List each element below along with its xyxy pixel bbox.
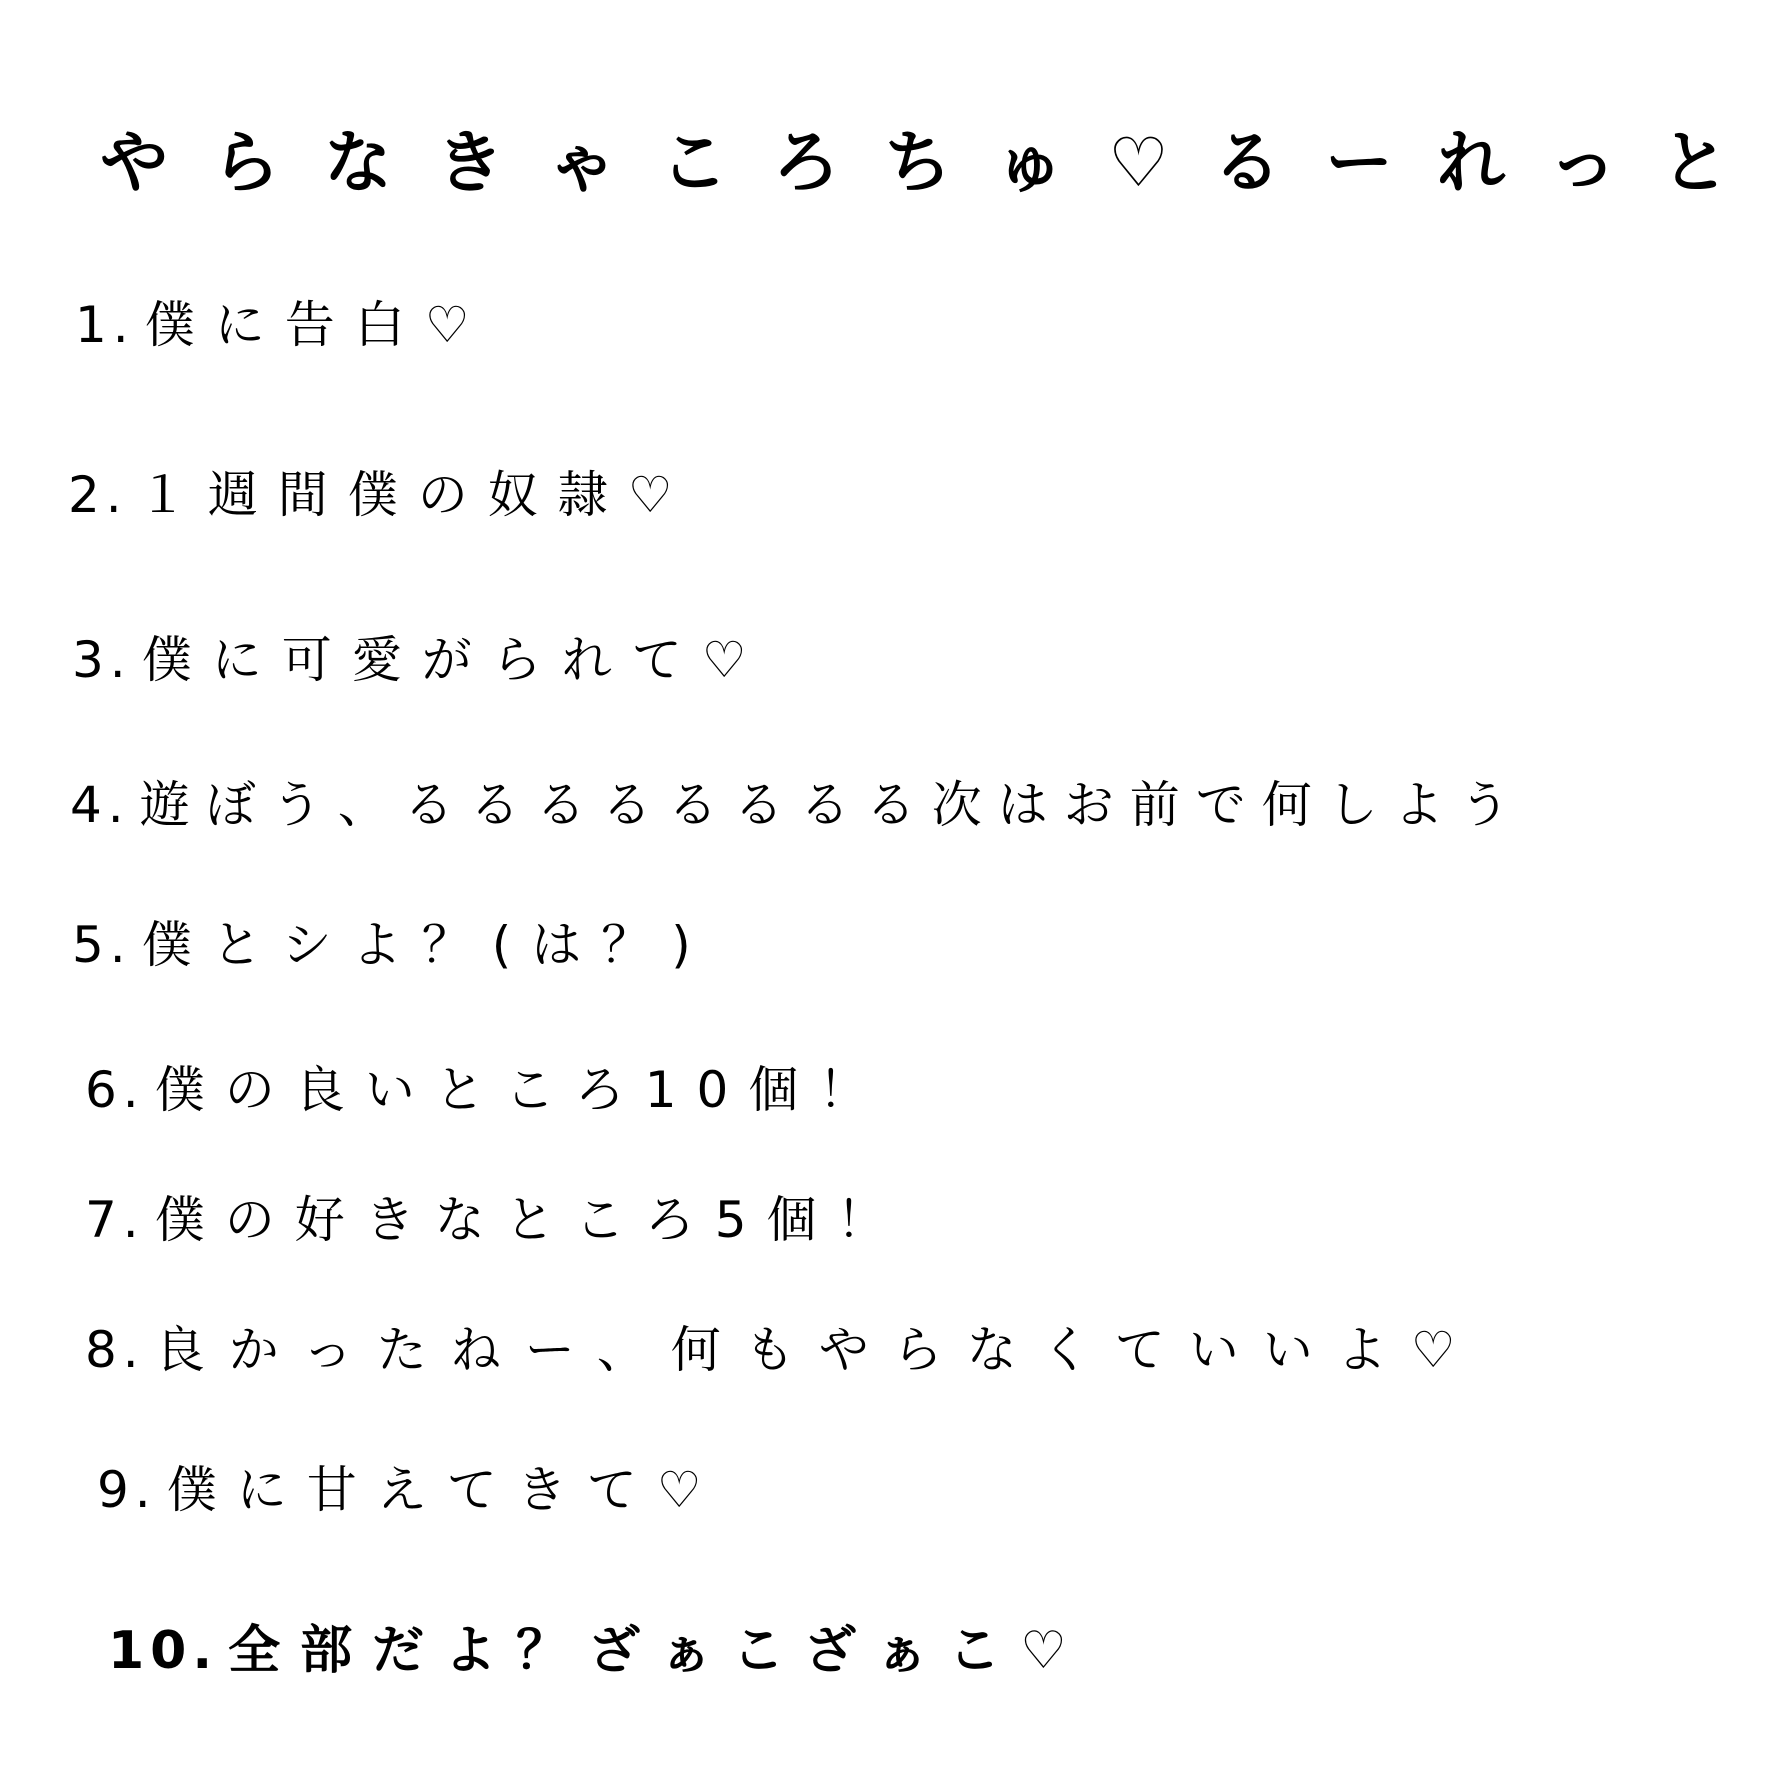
item-number: 1.	[75, 296, 135, 354]
item-text: 僕に可愛がられて♡	[142, 631, 767, 689]
item-text: 僕に告白♡	[145, 296, 490, 354]
item-number: 9.	[97, 1461, 157, 1519]
item-number: 7.	[85, 1191, 145, 1249]
item-number: 5.	[72, 916, 132, 974]
list-item-9: 9.僕に甘えてきて♡	[97, 1465, 722, 1515]
list-item-2: 2.１週間僕の奴隷♡	[68, 470, 693, 520]
list-item-10: 10.全部だよ？ざぁこざぁこ♡	[108, 1625, 1087, 1677]
list-item-8: 8.良かったねー、何もやらなくていいよ♡	[85, 1325, 1480, 1375]
list-item-3: 3.僕に可愛がられて♡	[72, 635, 767, 685]
item-number: 8.	[85, 1321, 145, 1379]
item-text: 全部だよ？ざぁこざぁこ♡	[228, 1621, 1087, 1681]
item-number: 4.	[70, 776, 130, 834]
item-text: 僕に甘えてきて♡	[167, 1461, 722, 1519]
list-item-1: 1.僕に告白♡	[75, 300, 490, 350]
item-number: 6.	[85, 1061, 145, 1119]
page-title: やらなきゃころちゅ♡るーれっと	[100, 130, 1773, 198]
item-text: 良かったねー、何もやらなくていいよ♡	[155, 1321, 1480, 1379]
item-number: 10.	[108, 1621, 218, 1681]
item-text: 僕の好きなところ5個！	[155, 1191, 907, 1249]
item-text: 遊ぼう、るるるるるるるる次はお前で何しよう	[140, 776, 1526, 834]
item-text: 僕とシよ？(は？)	[142, 916, 711, 974]
list-item-4: 4.遊ぼう、るるるるるるるる次はお前で何しよう	[70, 780, 1526, 830]
item-text: 僕の良いところ10個！	[155, 1061, 889, 1119]
list-item-7: 7.僕の好きなところ5個！	[85, 1195, 907, 1245]
item-number: 2.	[68, 466, 128, 524]
item-number: 3.	[72, 631, 132, 689]
list-item-5: 5.僕とシよ？(は？)	[72, 920, 711, 970]
item-text: １週間僕の奴隷♡	[138, 466, 693, 524]
list-item-6: 6.僕の良いところ10個！	[85, 1065, 888, 1115]
